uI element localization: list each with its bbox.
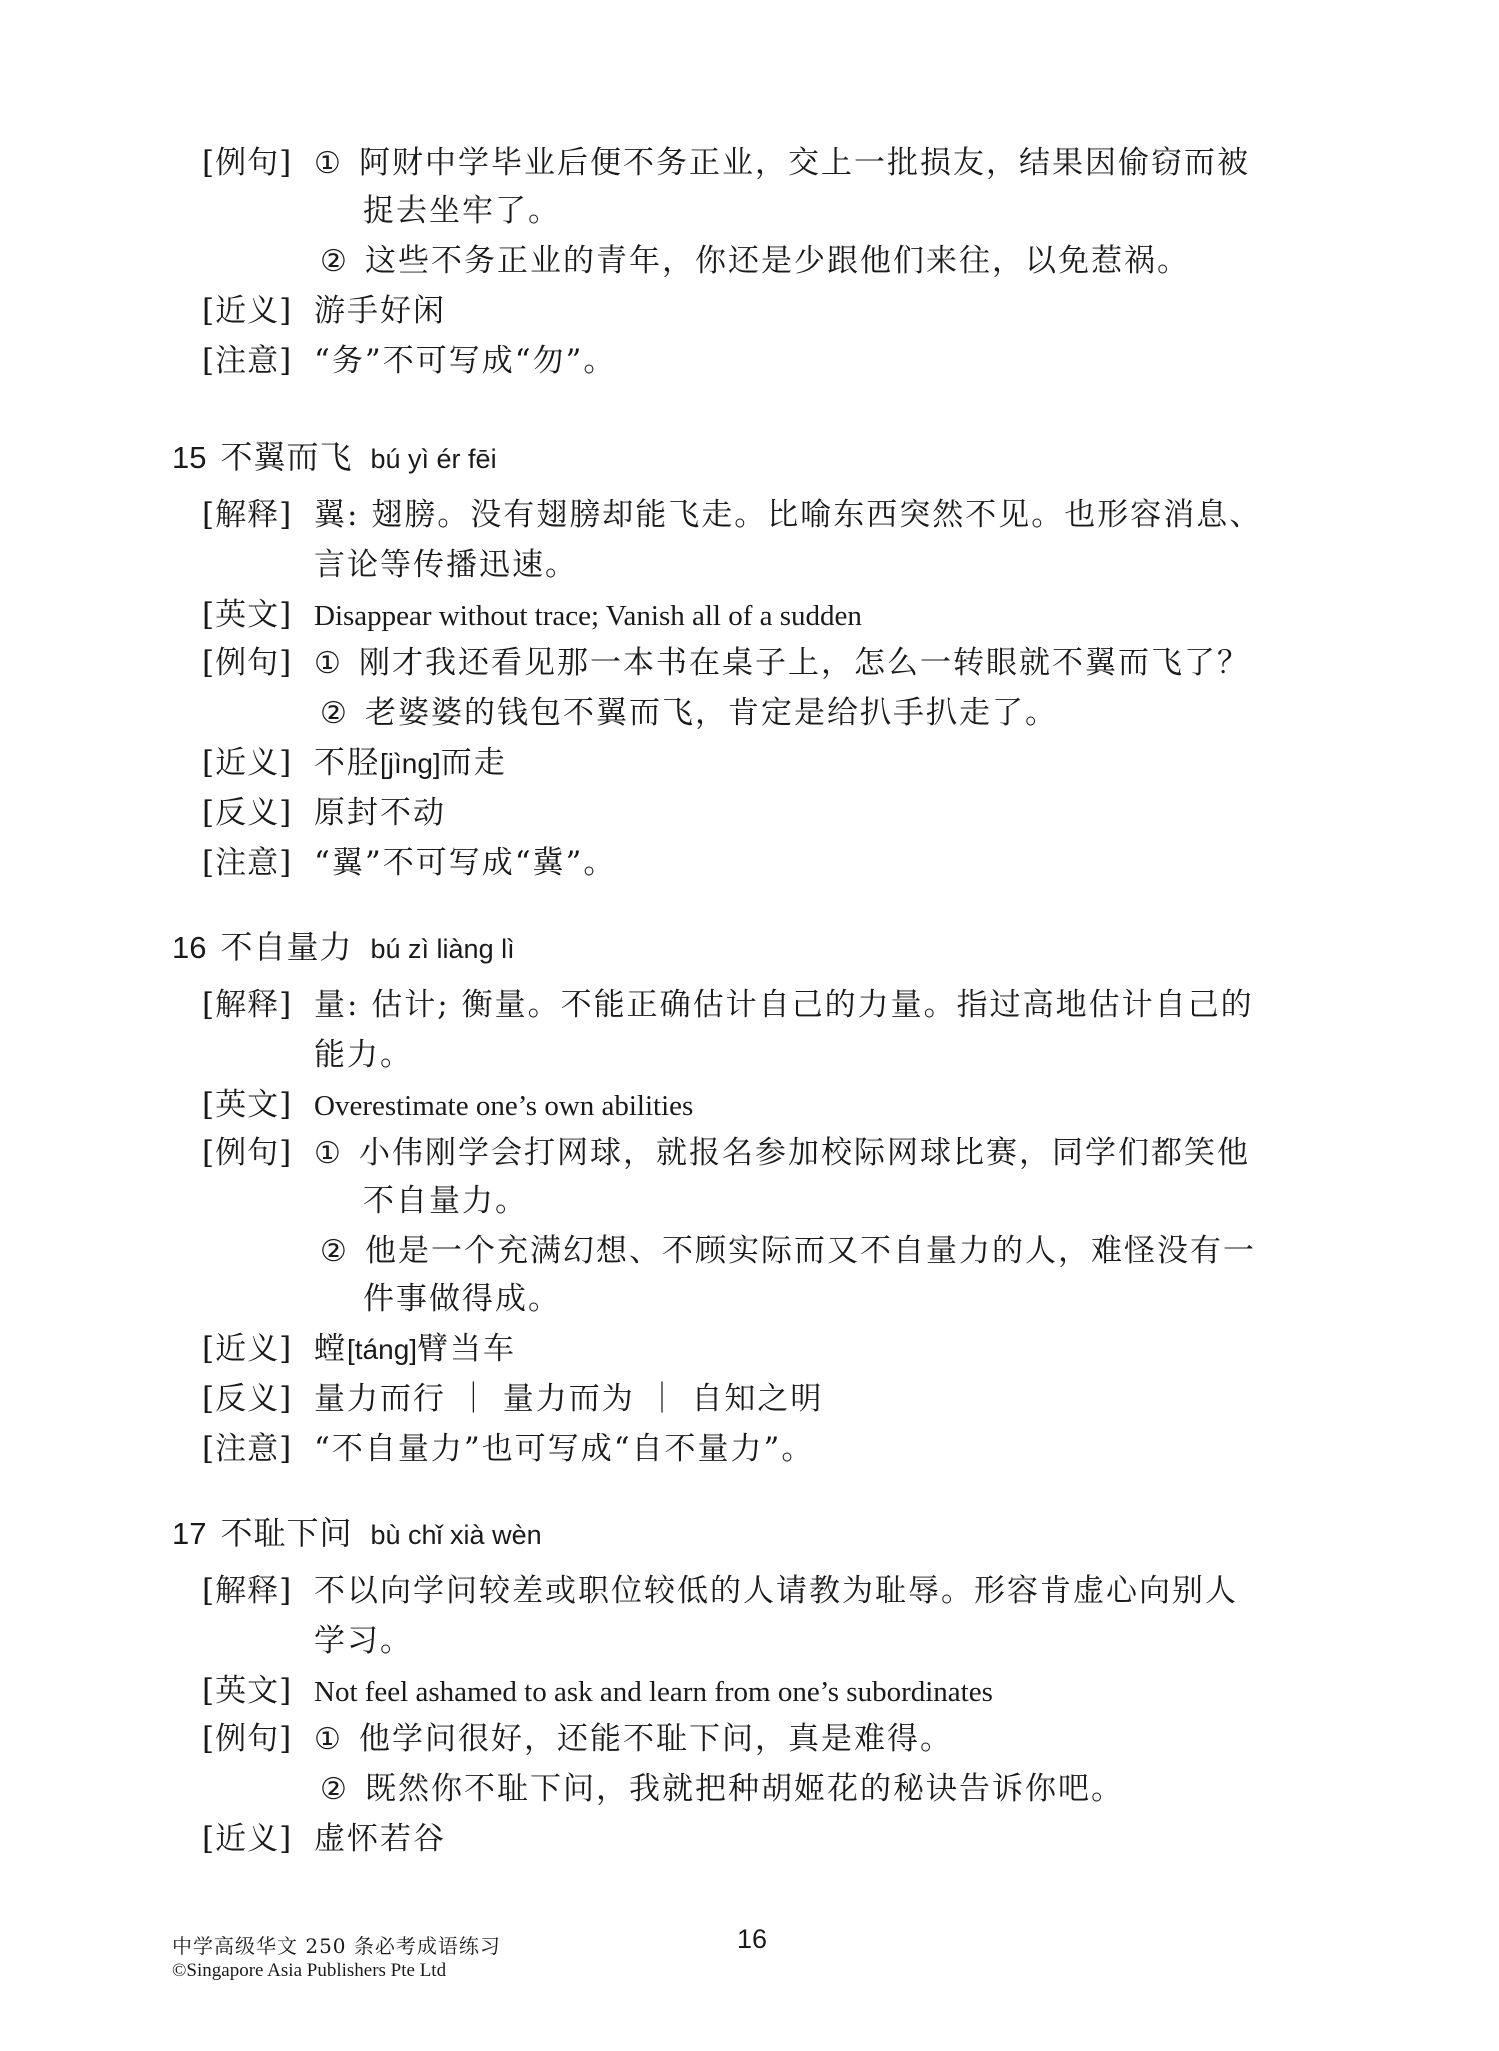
entry16-example-row: [例句] ① 小伟刚学会打网球，就报名参加校际网球比赛，同学们都笑他 (202, 1128, 1250, 1179)
entry14-note-row: [注意] “务”不可写成“勿”。 (202, 336, 616, 386)
entry17-explanation-line1: 不以向学问较差或职位较低的人请教为耻辱。形容肯虚心向别人 (314, 1566, 1238, 1616)
entry15-pinyin: bú yì ér fēi (371, 444, 497, 475)
english-label: [英文] (202, 1666, 314, 1716)
entry16-example2-row: ② 他是一个充满幻想、不顾实际而又不自量力的人，难怪没有一 (320, 1226, 1256, 1277)
entry16-note: “不自量力”也可写成“自不量力”。 (314, 1424, 814, 1474)
entry14-synonym: 游手好闲 (314, 286, 446, 336)
entry16-synonym: 螳[táng]臂当车 (314, 1324, 516, 1375)
entry15-note: “翼”不可写成“冀”。 (314, 838, 616, 888)
entry16-synonym-row: [近义] 螳[táng]臂当车 (202, 1324, 516, 1375)
entry17-example2-row: ② 既然你不耻下问，我就把种胡姬花的秘诀告诉你吧。 (320, 1764, 1124, 1815)
entry17-english: Not feel ashamed to ask and learn from o… (314, 1667, 993, 1717)
entry17-example2: 既然你不耻下问，我就把种胡姬花的秘诀告诉你吧。 (365, 1764, 1124, 1814)
entry17-example-row: [例句] ① 他学问很好，还能不耻下问，真是难得。 (202, 1714, 953, 1765)
entry16-english-row: [英文] Overestimate one’s own abilities (202, 1080, 693, 1131)
explanation-label: [解释] (202, 490, 314, 540)
entry16-pinyin: bú zì liàng lì (371, 934, 515, 965)
entry17-example1: 他学问很好，还能不耻下问，真是难得。 (359, 1714, 953, 1764)
explanation-label: [解释] (202, 1566, 314, 1616)
english-label: [英文] (202, 1080, 314, 1130)
entry16-synonym-post: 臂当车 (417, 1331, 516, 1367)
entry17-pinyin: bù chǐ xià wèn (371, 1520, 542, 1551)
english-label: [英文] (202, 590, 314, 640)
entry15-explanation-row: [解释] 翼: 翅膀。没有翅膀却能飞走。比喻东西突然不见。也形容消息、 (202, 490, 1262, 540)
entry15-note-row: [注意] “翼”不可写成“冀”。 (202, 838, 616, 888)
circled-number-1: ① (314, 139, 359, 189)
entry14-example1-line1: 阿财中学毕业后便不务正业，交上一批损友，结果因偷窃而被 (359, 138, 1250, 188)
entry15-synonym-post: 而走 (441, 745, 507, 781)
explanation-label: [解释] (202, 980, 314, 1030)
entry17-explanation-row: [解释] 不以向学问较差或职位较低的人请教为耻辱。形容肯虚心向别人 (202, 1566, 1238, 1616)
circled-number-1: ① (314, 1129, 359, 1179)
circled-number-2: ② (320, 237, 365, 287)
entry15-explanation-line2: 言论等传播迅速。 (314, 540, 578, 590)
entry15-english-row: [英文] Disappear without trace; Vanish all… (202, 590, 862, 641)
document-page: [例句] ① 阿财中学毕业后便不务正业，交上一批损友，结果因偷窃而被 捉去坐牢了… (0, 0, 1499, 2051)
example-label: [例句] (202, 1128, 314, 1178)
circled-number-2: ② (320, 1227, 365, 1277)
example-label: [例句] (202, 138, 314, 188)
entry16-example2-line1: 他是一个充满幻想、不顾实际而又不自量力的人，难怪没有一 (365, 1226, 1256, 1276)
circled-number-1: ① (314, 1715, 359, 1765)
entry15-example-row: [例句] ① 刚才我还看见那一本书在桌子上，怎么一转眼就不翼而飞了？ (202, 638, 1250, 689)
entry15-english: Disappear without trace; Vanish all of a… (314, 591, 862, 641)
entry16-example2-line2: 件事做得成。 (363, 1274, 561, 1324)
entry14-example2-row: ② 这些不务正业的青年，你还是少跟他们来往，以免惹祸。 (320, 236, 1190, 287)
entry16-number: 16 (172, 930, 206, 966)
circled-number-1: ① (314, 639, 359, 689)
entry17-idiom: 不耻下问 (220, 1508, 352, 1554)
entry15-synonym-row: [近义] 不胫[jìng]而走 (202, 738, 507, 789)
entry15-synonym: 不胫[jìng]而走 (314, 738, 507, 789)
circled-number-2: ② (320, 689, 365, 739)
entry15-synonym-pinyin: [jìng] (380, 748, 441, 779)
entry16-synonym-pinyin: [táng] (347, 1334, 417, 1365)
page-number: 16 (737, 1924, 767, 1955)
entry15-antonym: 原封不动 (314, 788, 446, 838)
footer-copyright: ©Singapore Asia Publishers Pte Ltd (172, 1960, 446, 1982)
example-label: [例句] (202, 638, 314, 688)
entry15-idiom: 不翼而飞 (220, 432, 352, 478)
entry15-example1: 刚才我还看见那一本书在桌子上，怎么一转眼就不翼而飞了？ (359, 638, 1250, 688)
entry15-explanation-line1: 翼: 翅膀。没有翅膀却能飞走。比喻东西突然不见。也形容消息、 (314, 490, 1262, 540)
entry17-heading: 17 不耻下问 bù chǐ xià wèn (172, 1508, 542, 1554)
antonym-label: [反义] (202, 1374, 314, 1424)
entry15-heading: 15 不翼而飞 bú yì ér fēi (172, 432, 497, 478)
entry16-example1-line1: 小伟刚学会打网球，就报名参加校际网球比赛，同学们都笑他 (359, 1128, 1250, 1178)
entry14-note: “务”不可写成“勿”。 (314, 336, 616, 386)
entry16-idiom: 不自量力 (220, 922, 352, 968)
note-label: [注意] (202, 1424, 314, 1474)
note-label: [注意] (202, 336, 314, 386)
entry16-heading: 16 不自量力 bú zì liàng lì (172, 922, 515, 968)
entry16-synonym-pre: 螳 (314, 1331, 347, 1367)
entry17-explanation-line2: 学习。 (314, 1616, 413, 1666)
entry16-antonym: 量力而行 ｜ 量力而为 ｜ 自知之明 (314, 1374, 823, 1424)
circled-number-2: ② (320, 1765, 365, 1815)
synonym-label: [近义] (202, 1814, 314, 1864)
footer-book-title: 中学高级华文 250 条必考成语练习 (172, 1930, 501, 1959)
entry14-example-row: [例句] ① 阿财中学毕业后便不务正业，交上一批损友，结果因偷窃而被 (202, 138, 1250, 189)
entry17-number: 17 (172, 1516, 206, 1552)
entry16-explanation-line2: 能力。 (314, 1030, 413, 1080)
note-label: [注意] (202, 838, 314, 888)
antonym-label: [反义] (202, 788, 314, 838)
entry14-example1-line2: 捉去坐牢了。 (363, 186, 561, 236)
example-label: [例句] (202, 1714, 314, 1764)
synonym-label: [近义] (202, 1324, 314, 1374)
entry15-number: 15 (172, 440, 206, 476)
entry15-antonym-row: [反义] 原封不动 (202, 788, 446, 838)
entry15-example2-row: ② 老婆婆的钱包不翼而飞，肯定是给扒手扒走了。 (320, 688, 1058, 739)
entry16-example1-line2: 不自量力。 (363, 1176, 528, 1226)
entry16-explanation-line1: 量: 估计; 衡量。不能正确估计自己的力量。指过高地估计自己的 (314, 980, 1254, 1030)
entry16-antonym-row: [反义] 量力而行 ｜ 量力而为 ｜ 自知之明 (202, 1374, 823, 1424)
synonym-label: [近义] (202, 738, 314, 788)
entry17-english-row: [英文] Not feel ashamed to ask and learn f… (202, 1666, 993, 1717)
entry14-example2: 这些不务正业的青年，你还是少跟他们来往，以免惹祸。 (365, 236, 1190, 286)
entry16-explanation-row: [解释] 量: 估计; 衡量。不能正确估计自己的力量。指过高地估计自己的 (202, 980, 1254, 1030)
entry17-synonym: 虚怀若谷 (314, 1814, 446, 1864)
entry15-example2: 老婆婆的钱包不翼而飞，肯定是给扒手扒走了。 (365, 688, 1058, 738)
synonym-label: [近义] (202, 286, 314, 336)
entry15-synonym-pre: 不胫 (314, 745, 380, 781)
entry14-synonym-row: [近义] 游手好闲 (202, 286, 446, 336)
entry16-english: Overestimate one’s own abilities (314, 1081, 693, 1131)
entry17-synonym-row: [近义] 虚怀若谷 (202, 1814, 446, 1864)
entry16-note-row: [注意] “不自量力”也可写成“自不量力”。 (202, 1424, 814, 1474)
